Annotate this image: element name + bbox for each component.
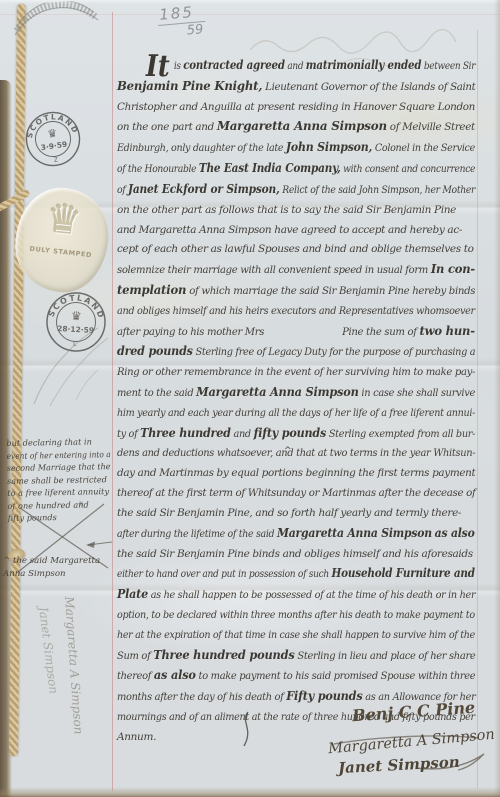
- margin-vertical-signature: Janet Simpson: [36, 606, 61, 695]
- text-line: and Margaretta Anna Simpson have agreed …: [117, 221, 475, 241]
- paragraph-flourish: [236, 710, 258, 750]
- text-line: Anna Simpson: [3, 568, 111, 581]
- margin-note-insertion: ^ the said MargarettaAnna Simpson: [3, 555, 111, 580]
- text-line: second Marriage that the: [7, 460, 109, 474]
- page-top-edge: [0, 0, 500, 4]
- text-line: Ring or other remembrance in the event o…: [117, 363, 461, 383]
- text-line: her at the expiration of that time in ca…: [117, 626, 442, 646]
- crown-emboss-icon: ♛: [16, 191, 113, 248]
- text-line: thereof as also to make payment to his s…: [117, 666, 454, 687]
- text-line: him yearly and each year during all the …: [117, 404, 445, 424]
- page-bottom-edge: [0, 787, 500, 797]
- text-line: on the one part and Margaretta Anna Simp…: [117, 117, 470, 138]
- text-line: day and Martinmas by equal portions begi…: [117, 464, 472, 484]
- document-page: 185 59 SCOTLAND ♛ 3·9·59 Z ♛ DULY STAMPE…: [0, 0, 500, 797]
- text-line: cept of each other as lawful Spouses and…: [117, 240, 475, 260]
- archive-number-bottom: 59: [186, 22, 206, 39]
- stamp-date: 3·9·59: [40, 140, 68, 153]
- text-line: the said Sir Benjamin Pine, and so forth…: [117, 504, 475, 524]
- text-line: Plate as he shall happen to be possessed…: [117, 585, 447, 606]
- text-line: Sum of Three hundred pounds Sterling in …: [117, 646, 455, 667]
- document-text: Itis contracted agreed and matrimonially…: [117, 56, 475, 748]
- text-line: of the Honourable The East India Company…: [117, 159, 429, 180]
- margin-rule-right: [477, 30, 478, 789]
- text-line: ^ the said Margaretta: [3, 555, 111, 568]
- text-line: dens and deductions whatsoever, and that…: [117, 444, 454, 464]
- text-line: and obliges himself and his heirs execut…: [117, 302, 447, 322]
- text-line: Edinburgh, only daughter of the late Joh…: [117, 138, 443, 159]
- margin-vertical-signature: Margaretta A Simpson: [62, 596, 86, 735]
- crown-icon: ♛: [46, 126, 58, 140]
- text-line: Itis contracted agreed and matrimonially…: [117, 56, 421, 77]
- text-line: ty of Three hundred and fifty pounds Ste…: [117, 424, 449, 445]
- archive-number: 185 59: [157, 2, 207, 41]
- text-line: after paying to his mother Mrs Pine the …: [117, 322, 461, 343]
- text-line: either to hand over and put in possessio…: [117, 564, 427, 585]
- text-line: Benjamin Pine Knight, Lieutenant Governo…: [117, 77, 465, 98]
- asterisk-mark: ✳: [78, 500, 84, 508]
- text-line: thereof at the first term of Whitsunday …: [117, 484, 467, 504]
- stamp-letter: Z: [53, 157, 58, 165]
- scotland-stamp-top: SCOTLAND ♛ 3·9·59 Z: [20, 106, 86, 172]
- text-line: on the other part as follows that is to …: [117, 201, 475, 221]
- text-line: dred pounds Sterling free of Legacy Duty…: [117, 342, 449, 363]
- text-line: option, to be declared within three mont…: [117, 606, 444, 626]
- text-line: the said Sir Benjamin Pine binds and obl…: [117, 545, 475, 565]
- arc-stamp-illegible: [9, 0, 103, 39]
- pencil-scrawl: [28, 288, 114, 410]
- embossed-duty-stamp: ♛ DULY STAMPED: [11, 183, 113, 296]
- text-line: of Janet Eckford or Simpson, Relict of t…: [117, 180, 433, 201]
- text-line: solemnize their marriage with all conven…: [117, 260, 460, 281]
- text-line: ment to the said Margaretta Anna Simpson…: [117, 383, 454, 404]
- text-line: templation of which marriage the said Si…: [117, 281, 464, 302]
- text-line: Christopher and Anguilla at present resi…: [117, 98, 471, 118]
- page-right-edge: [494, 0, 500, 797]
- text-line: after during the lifetime of the said Ma…: [117, 524, 439, 545]
